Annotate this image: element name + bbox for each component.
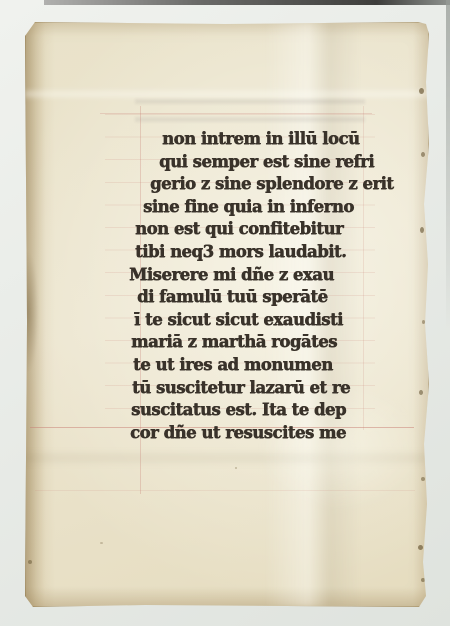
- text-line: tibi neq3 mors laudabit.: [135, 241, 409, 264]
- text-line: sine fine quia in inferno: [143, 196, 409, 219]
- ruling-line-lower: [35, 490, 415, 491]
- edge-speck: [419, 390, 423, 395]
- edge-speck: [420, 227, 424, 233]
- edge-speck: [421, 152, 425, 157]
- edge-speck: [421, 477, 425, 481]
- edge-speck: [422, 320, 425, 324]
- text-line: tū suscitetur lazarū et re: [132, 377, 409, 400]
- text-line: di famulū tuū sperātē: [137, 286, 409, 309]
- text-line: ī te sicut sicut exaudisti: [134, 309, 409, 332]
- parchment-freckle: [28, 560, 32, 564]
- parchment-freckle: [235, 467, 237, 469]
- manuscript-leaf: non intrem in illū locū qui semper est s…: [25, 22, 429, 607]
- edge-speck: [421, 578, 425, 582]
- text-line: suscitatus est. Ita te dep: [131, 399, 409, 422]
- leaf-gutter-stain: [25, 252, 39, 372]
- text-block: non intrem in illū locū qui semper est s…: [129, 128, 409, 444]
- text-line: non est qui confitebitur: [135, 218, 409, 241]
- text-line: te ut ires ad monumen: [133, 354, 409, 377]
- edge-speck: [418, 545, 423, 550]
- text-line: gerio z sine splendore z erit: [150, 173, 409, 196]
- text-line: qui semper est sine refri: [159, 151, 409, 174]
- frame-top-edge: [44, 0, 450, 5]
- frame-right-shadow: [446, 0, 450, 330]
- framed-manuscript-photo: non intrem in illū locū qui semper est s…: [0, 0, 450, 626]
- edge-speck: [419, 88, 424, 94]
- text-line: cor dñe ut resuscites me: [130, 422, 409, 445]
- text-line: mariā z marthā rogātes: [131, 331, 409, 354]
- text-line: Miserere mi dñe z exau: [129, 264, 409, 287]
- parchment-freckle: [100, 542, 103, 544]
- text-line: non intrem in illū locū: [162, 128, 409, 151]
